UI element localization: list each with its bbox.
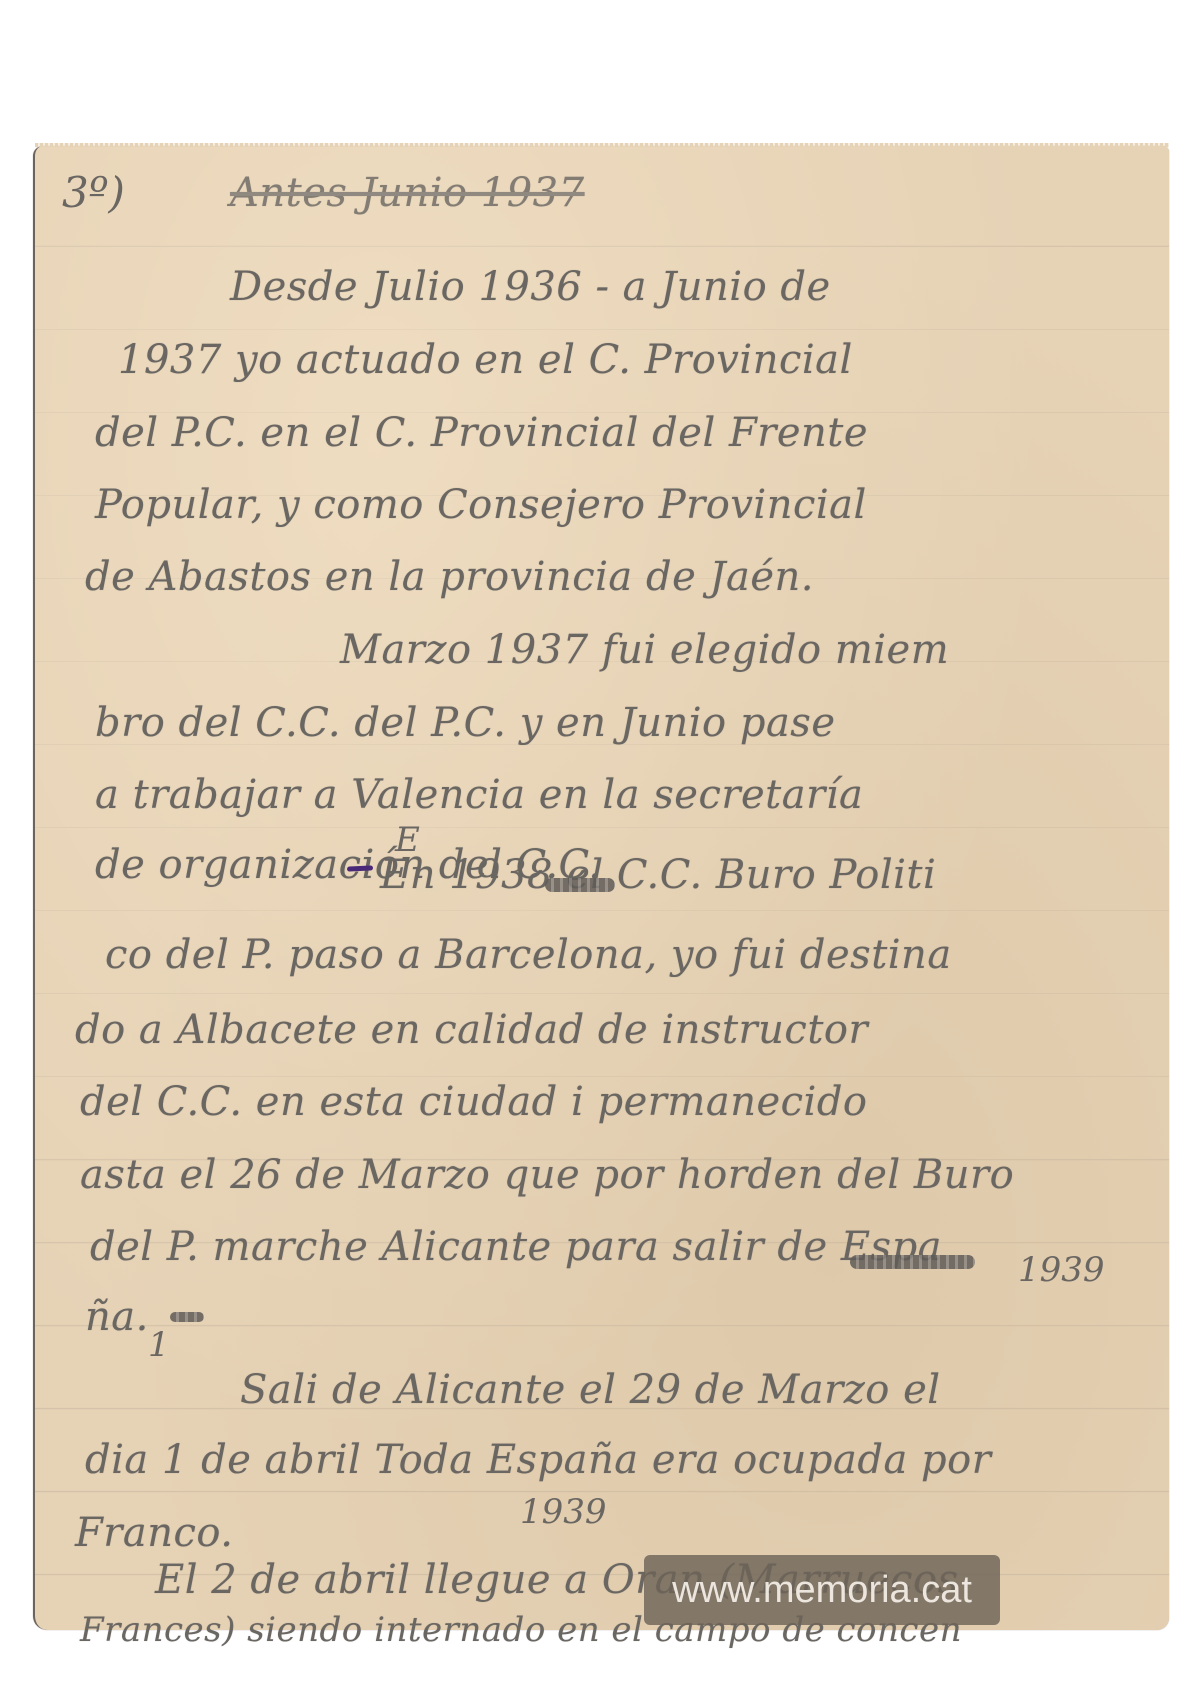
text-line-15: del P. marche Alicante para salir de Esp… xyxy=(90,1222,942,1272)
crossed-out-word xyxy=(545,878,615,892)
text-line-17: Sali de Alicante el 29 de Marzo el xyxy=(240,1365,941,1415)
text-line-14: asta el 26 de Marzo que por horden del B… xyxy=(80,1150,1014,1200)
text-line-12: do a Albacete en calidad de instructor xyxy=(75,1005,868,1055)
text-line-1: Desde Julio 1936 - a Junio de xyxy=(230,262,831,312)
page-marker: 3º) xyxy=(62,168,125,217)
inserted-superscript: 1 xyxy=(148,1325,170,1365)
text-line-5: de Abastos en la provincia de Jaén. xyxy=(85,552,814,602)
text-line-8: a trabajar a Valencia en la secretaría xyxy=(95,770,863,820)
year-annotation-1: 1939 xyxy=(1018,1250,1105,1290)
text-line-10: En 1938 el C.C. Buro Politi xyxy=(380,850,936,900)
crossed-out-date xyxy=(850,1255,975,1269)
crossed-out-heading: Antes Junio 1937 xyxy=(230,168,585,218)
text-line-6: Marzo 1937 fui elegido miem xyxy=(340,625,949,675)
text-line-19: Franco. xyxy=(75,1508,233,1558)
text-line-11: co del P. paso a Barcelona, yo fui desti… xyxy=(105,930,952,980)
watermark-text: www.memoria.cat xyxy=(672,1569,972,1612)
text-line-18: dia 1 de abril Toda España era ocupada p… xyxy=(85,1435,991,1485)
text-line-4: Popular, y como Consejero Provincial xyxy=(95,480,867,530)
watermark-badge: www.memoria.cat xyxy=(644,1555,1000,1625)
crossed-out-mark xyxy=(170,1312,204,1322)
text-line-7: bro del C.C. del P.C. y en Junio pase xyxy=(95,698,836,748)
text-line-3: del P.C. en el C. Provincial del Frente xyxy=(95,408,868,458)
text-line-2: 1937 yo actuado en el C. Provincial xyxy=(118,335,853,385)
text-line-16: ña. xyxy=(85,1292,149,1342)
year-annotation-2: 1939 xyxy=(520,1492,607,1532)
text-line-13: del C.C. en esta ciudad i permanecido xyxy=(80,1077,868,1127)
